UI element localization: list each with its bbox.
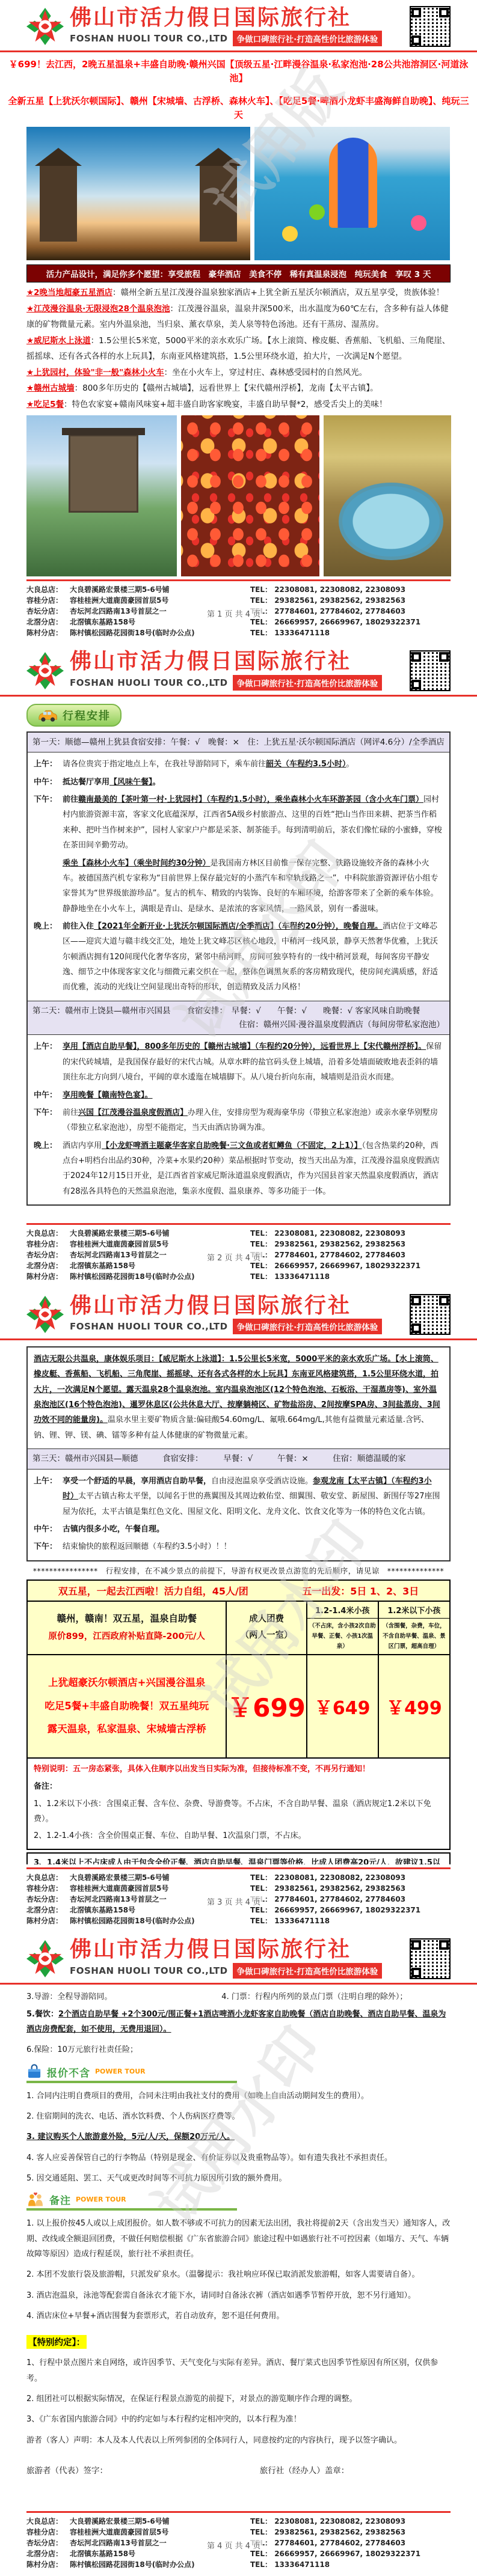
- power-tour-label: POWER TOUR: [76, 2196, 126, 2203]
- price-table: 双五星，一起去江西啦！活力自组，45人/团五一出发：5日 1、2、3日 赣州，赣…: [26, 1579, 451, 1850]
- store-row: 容桂分店：容桂桂洲大道鹿茵豪园首层5号TEL： 29382561, 293825…: [26, 595, 451, 606]
- itinerary-row: 中午：抵达餐厅享用【风味午餐】。: [34, 775, 443, 790]
- agency-title: 佛山市活力假日国际旅行社: [70, 650, 404, 673]
- page-footer: 大良总店：大良碧溪路宏景楼三期5-6号铺TEL： 22308081, 22308…: [0, 1864, 477, 1932]
- exclude-item: 4. 客人应妥善保管自己的行李物品（特别是现金、有价证券以及贵重物品等）。如有遗…: [26, 2150, 451, 2165]
- store-row: 陈村分店：陈村镇松园路花园街18号(临时办公点)TEL： 13336471118: [26, 1271, 451, 1282]
- remarks-section-header: 备注 POWER TOUR: [26, 2192, 237, 2211]
- people-icon: [26, 2193, 45, 2207]
- special-agreement-item: 1、行程中景点图片来自网络，或许因季节、天气变化与实际有差异。酒店、餐厅菜式也因…: [26, 2355, 451, 2386]
- itinerary-row: 下午：结束愉快的旅程返回顺德（车程约3.5小时）！！: [34, 1539, 443, 1554]
- traveler-declaration: 游者（客人）声明：本人及本人代表以上所列参团的全体同行人，同意按约定的内容执行，…: [26, 2433, 451, 2448]
- price-package-desc: 上犹超豪沃尔顿酒店+兴国漫谷温泉 吃足5餐+丰盛自助晚餐！双五星纯玩 露天温泉，…: [28, 1655, 226, 1757]
- itinerary-row: 上午：享受一个舒适的早晨，享用酒店自助早餐，自由浸泡温泉享受酒店设施。参观龙南【…: [34, 1474, 443, 1519]
- store-row: 大良总店：大良碧溪路宏景楼三期5-6号铺TEL： 22308081, 22308…: [26, 1228, 451, 1239]
- exclude-item: 1. 合同内注明自费项目的费用，合同未注明由我社支付的费用（如晚上自由活动期间发…: [26, 2089, 451, 2104]
- agency-logo-icon: [26, 1940, 64, 1977]
- special-agreement-title: 【特别约定】：: [26, 2335, 87, 2349]
- time-label: 上午：: [34, 757, 63, 772]
- agency-title: 佛山市活力假日国际旅行社: [70, 1295, 404, 1317]
- price-col-adult-header: 成人团费 （两人一室）: [226, 1602, 306, 1655]
- itinerary-disclaimer: **************** 行程安排，在不减少景点的前提下，导游有权更改景…: [26, 1565, 451, 1576]
- photo-hotel-garden: [26, 415, 177, 576]
- spa-pool: [339, 483, 443, 561]
- price-kid2: ￥499: [378, 1655, 449, 1757]
- exclude-list: 1. 合同内注明自费项目的费用，合同未注明由我社支付的费用（如晚上自由活动期间发…: [0, 2089, 477, 2187]
- agency-seal-label: 旅行社（经办人）盖章：: [260, 2464, 451, 2476]
- store-row: 容桂分店：容桂桂洲大道鹿茵豪园首层5号TEL： 29382561, 293825…: [26, 1239, 451, 1250]
- time-label: 中午：: [34, 775, 63, 790]
- itinerary-row: 下午：前往兴国【江茂漫谷温泉度假酒店】办理入住，安排房型为观海豪华房（带独立私家…: [34, 1105, 443, 1136]
- itinerary-row: 中午：古镇内很多小吃，午餐自理。: [34, 1522, 443, 1537]
- store-row: 大良总店：大良碧溪路宏景楼三期5-6号铺TEL： 22308081, 22308…: [26, 1872, 451, 1883]
- remarks-title: 备注: [49, 2192, 71, 2207]
- highlight-item: ★吃足5餐：特色农家宴+赣南风味宴+超丰盛自助客家晚宴，丰盛自助早餐*2，感受舌…: [26, 397, 451, 413]
- special-agreement-item: 2. 组团社可以根据实际情况，在保证行程景点游览的前提下，对景点的游览顺序作合理…: [26, 2391, 451, 2407]
- price-special-note: 特别说明：五一房态紧张，具体入住顺序以出发当日实际为准，但接待标准不变，不再另行…: [34, 1762, 443, 1777]
- waterpark-slide: [329, 138, 377, 228]
- price-col-kid1-header: 1.2-1.4米小孩 （不占床，含小孩2次自助早餐、正餐、小孩1次温泉）: [306, 1602, 378, 1655]
- agency-logo-icon: [26, 8, 64, 45]
- qr-code: [410, 1938, 451, 1979]
- hotel-building: [69, 435, 138, 512]
- price-kid1: ￥649: [306, 1655, 378, 1757]
- power-tour-label: POWER TOUR: [95, 2068, 146, 2075]
- photo-spa-pool: [324, 415, 451, 576]
- include-item: 4. 门票：行程内所列的景点门票（注明自理的除外）；: [221, 1990, 451, 2001]
- page-footer: 大良总店：大良碧溪路宏景楼三期5-6号铺TEL： 22308081, 22308…: [0, 1220, 477, 1288]
- agency-slogan: 争做口碑旅行社·打造高性价比旅游体验: [233, 1963, 383, 1979]
- time-label: 下午：: [34, 1539, 63, 1554]
- price-adult: ￥699: [226, 1655, 306, 1757]
- photo-waterpark: [254, 127, 450, 260]
- page-header: 佛山市活力假日国际旅行社 FOSHAN HUOLI TOUR CO.,LTD 争…: [0, 1932, 477, 1985]
- time-label: 晚上：: [34, 1138, 63, 1199]
- car-icon: [37, 708, 58, 722]
- page-2: 试用水印 佛山市活力假日国际旅行社 FOSHAN HUOLI TOUR CO.,…: [0, 644, 477, 1289]
- agency-title-en: FOSHAN HUOLI TOUR CO.,LTD: [70, 1321, 228, 1332]
- qr-code: [410, 1294, 451, 1335]
- agency-title-en: FOSHAN HUOLI TOUR CO.,LTD: [70, 33, 228, 44]
- bag-icon: [26, 2064, 42, 2080]
- agency-slogan: 争做口碑旅行社·打造高性价比旅游体验: [233, 675, 383, 691]
- exclude-item: 3. 建议购买个人旅游意外险，5元/人/天，保额20万元/人。: [26, 2129, 451, 2144]
- remarks-list: 1. 以上报价按45人或以上成团报价。如人数不够或不可抗力的因素无法出团，我社将…: [0, 2216, 477, 2324]
- store-row: 陈村分店：陈村镇松园路花园街18号(临时办公点)TEL： 13336471118: [26, 627, 451, 638]
- time-label: [34, 856, 63, 917]
- time-label: 上午：: [34, 1474, 63, 1519]
- include-items-3-4: 3.导游：全程导游陪同。 4. 门票：行程内所列的景点门票（注明自理的除外）；: [26, 1990, 451, 2001]
- price-remark: 2、1.2-1.4小孩：含全价围桌正餐、车位、自助早餐、1次温泉门票，不占床。: [34, 1828, 443, 1843]
- itinerary-row: 下午：前往赣南最美的【茶叶第一村·上犹园村】（车程约1.5小时），乘坐森林小火车…: [34, 792, 443, 853]
- qr-code: [410, 650, 451, 691]
- price-exclude-section-header: 报价不含 POWER TOUR: [26, 2064, 237, 2083]
- agency-logo-icon: [26, 652, 64, 689]
- photo-row-2: [26, 415, 451, 576]
- day1-header: 第一天：顺德—赣州上犹县食宿安排：午餐：√ 晚餐：× 住：上犹五星·沃尔顿国际酒…: [28, 733, 449, 753]
- special-agreement-item: 3、《广东省国内旅游合同》中的约定如与本行程约定相冲突的，以本行程为准！: [26, 2412, 451, 2427]
- itinerary-row: 晚上：酒店内享用【小龙虾啤酒主题豪华客家自助晚餐·三文鱼或者虹鳟鱼（不固定，2上…: [34, 1138, 443, 1199]
- agency-title: 佛山市活力假日国际旅行社: [70, 7, 404, 29]
- page-1: 试用版 佛山市活力假日国际旅行社 FOSHAN HUOLI TOUR CO.,L…: [0, 0, 477, 644]
- photo-row-1: [26, 127, 451, 260]
- page-header: 佛山市活力假日国际旅行社 FOSHAN HUOLI TOUR CO.,LTD 争…: [0, 0, 477, 52]
- resort-tower: [40, 163, 77, 242]
- itinerary-badge: 行程安排: [26, 704, 122, 727]
- page-header: 佛山市活力假日国际旅行社 FOSHAN HUOLI TOUR CO.,LTD 争…: [0, 644, 477, 697]
- highlight-list: ★2晚当地超豪五星酒店：赣州全新五星江茂漫谷温泉独家酒店+上犹全新五星沃尔顿酒店…: [26, 285, 451, 413]
- itinerary-row: 上午：请各位贵宾于指定地点上车，在我社导游陪同下，乘车前往韶关（车程约3.5小时…: [34, 757, 443, 772]
- photo-lantern-street: [181, 415, 319, 576]
- exclude-item: 2. 住宿期间的洗衣、电话、酒水饮料费、个人伤病医疗费等。: [26, 2109, 451, 2124]
- agency-slogan: 争做口碑旅行社·打造高性价比旅游体验: [233, 1319, 383, 1334]
- highlight-item: ★上犹园村，体验"非一般"森林小火车：坐在小火车上，穿过村庄、森林感受园村的自然…: [26, 365, 451, 381]
- product-design-banner: 活力产品设计，满足你多个愿望：享受旅程 豪华酒店 美食不停 稀有真温泉浸泡 纯玩…: [26, 264, 451, 282]
- include-item: 6.保险：10万元旅行社责任险；: [26, 2042, 451, 2057]
- day2-header: 第二天：赣州市上饶县—赣州市兴国县 食宿安排： 早餐：√ 午餐：√ 晚餐：√ 客…: [28, 1001, 449, 1036]
- resort-tower: [200, 163, 237, 242]
- time-label: 下午：: [34, 792, 63, 853]
- store-row: 陈村分店：陈村镇松园路花园街18号(临时办公点)TEL： 13336471118: [26, 1915, 451, 1926]
- traveler-signature-label: 旅游者（代表）签字：: [26, 2464, 260, 2476]
- highlight-item: ★江茂漫谷温泉·无限浸泡28个温泉泡池：江茂漫谷温泉，温泉井深500米，出水温度…: [26, 302, 451, 333]
- signature-row: 旅游者（代表）签字： 旅行社（经办人）盖章：: [26, 2464, 451, 2476]
- highlight-item: ★赣州古城墙：800多年历史的【赣州古城墙】，远看世界上【宋代赣州浮桥】，龙南【…: [26, 381, 451, 397]
- store-row: 容桂分店：容桂桂洲大道鹿茵豪园首层5号TEL： 29382561, 293825…: [26, 2527, 451, 2538]
- special-agreement-list: 1、行程中景点图片来自网络，或许因季节、天气变化与实际有差异。酒店、餐厅菜式也因…: [0, 2355, 477, 2427]
- store-row: 容桂分店：容桂桂洲大道鹿茵豪园首层5号TEL： 29382561, 293825…: [26, 1883, 451, 1894]
- time-label: 中午：: [34, 1522, 63, 1537]
- price-col1-header: 赣州，赣南！双五星，温泉自助餐 原价899，江西政府补贴直降-200元/人: [28, 1602, 226, 1655]
- itinerary-row: 上午：享用【酒店自助早餐】，800多年历史的【赣州古城墙】（车程约20分钟），远…: [34, 1039, 443, 1085]
- remark-item: 3. 酒店泡温泉，泳池等配套需自备泳衣才能下水，请同时自备泳衣裤（酒店如遇季节暂…: [26, 2288, 451, 2303]
- price-col-kid2-header: 1.2米以下小孩 （含围餐，杂费，车位，不含自助早餐、温泉、景区门票，超高自理）: [378, 1602, 449, 1655]
- include-item: 3.导游：全程导游陪同。: [26, 1990, 221, 2001]
- include-item: 5.餐饮：2个酒店自助早餐 +2个300元/围正餐+1酒店啤酒小龙虾客家自助晚餐…: [26, 2007, 451, 2037]
- itinerary-table: 第一天：顺德—赣州上犹县食宿安排：午餐：√ 晚餐：× 住：上犹五星·沃尔顿国际酒…: [26, 731, 451, 1206]
- page-4: 试用水印 佛山市活力假日国际旅行社 FOSHAN HUOLI TOUR CO.,…: [0, 1932, 477, 2576]
- tour-headline-line2: 全新五星【上犹沃尔顿国际】、赣州【宋城墙、古浮桥、森林火车】、【吃足5餐·啤酒小…: [6, 94, 471, 123]
- itinerary-row: 酒店无限公共温泉，康体娱乐项目：【威尼斯水上泳道】：1.5公里长5米宽，5000…: [34, 1352, 443, 1443]
- agency-slogan: 争做口碑旅行社·打造高性价比旅游体验: [233, 31, 383, 46]
- itinerary-row: 晚上：前往入住【2021年全新开业·上犹沃尔顿国际酒店/全季酒店】（车程约20分…: [34, 919, 443, 995]
- page-3: 试用水印 佛山市活力假日国际旅行社 FOSHAN HUOLI TOUR CO.,…: [0, 1288, 477, 1932]
- day3-header: 第三天：赣州市兴国县—顺德 食宿安排： 早餐：√ 午餐：× 住宿：顺德温暖的家: [28, 1448, 449, 1470]
- time-label: 上午：: [34, 1039, 63, 1085]
- page-number: 第 2 页 共 4 页: [205, 1251, 263, 1263]
- price-title: 双五星，一起去江西啦！活力自组，45人/团五一出发：5日 1、2、3日: [28, 1581, 449, 1602]
- tour-headline-line1: ￥699！去江西，2晚五星温泉+丰盛自助晚·赣州兴国【顶级五星·江畔漫谷温泉·私…: [6, 58, 471, 86]
- page-header: 佛山市活力假日国际旅行社 FOSHAN HUOLI TOUR CO.,LTD 争…: [0, 1288, 477, 1340]
- agency-logo-icon: [26, 1296, 64, 1333]
- page-footer: 大良总店：大良碧溪路宏景楼三期5-6号铺TEL： 22308081, 22308…: [0, 2508, 477, 2576]
- store-row: 大良总店：大良碧溪路宏景楼三期5-6号铺TEL： 22308081, 22308…: [26, 2516, 451, 2527]
- store-row: 陈村分店：陈村镇松园路花园街18号(临时办公点)TEL： 13336471118: [26, 2559, 451, 2570]
- time-label: 下午：: [34, 1105, 63, 1136]
- highlight-item: ★2晚当地超豪五星酒店：赣州全新五星江茂漫谷温泉独家酒店+上犹全新五星沃尔顿酒店…: [26, 285, 451, 301]
- agency-title: 佛山市活力假日国际旅行社: [70, 1938, 404, 1961]
- page-footer: 大良总店：大良碧溪路宏景楼三期5-6号铺TEL： 22308081, 22308…: [0, 576, 477, 644]
- agency-title-en: FOSHAN HUOLI TOUR CO.,LTD: [70, 677, 228, 688]
- page-number: 第 3 页 共 4 页: [205, 1896, 263, 1907]
- store-row: 大良总店：大良碧溪路宏景楼三期5-6号铺TEL： 22308081, 22308…: [26, 584, 451, 595]
- highlight-item: ★威尼斯水上泳道：1.5公里长5米宽，5000平米的亲水欢乐广场。【水上滚筒、橡…: [26, 334, 451, 365]
- qr-code: [410, 6, 451, 47]
- exclude-item: 5. 因交通延阻、罢工、天气或更改时间等不可抗力原因所引致的额外费用。: [26, 2171, 451, 2186]
- price-remark: 1、1.2米以下小孩：含围桌正餐、含车位、杂费、导游费等。不占床，不含自助早餐、…: [34, 1796, 443, 1827]
- page-number: 第 1 页 共 4 页: [205, 608, 263, 619]
- time-label: 晚上：: [34, 919, 63, 995]
- remark-item: 1. 以上报价按45人或以上成团报价。如人数不够或不可抗力的因素无法出团，我社将…: [26, 2216, 451, 2262]
- page-number: 第 4 页 共 4 页: [205, 2539, 263, 2551]
- photo-resort-dusk: [26, 127, 250, 260]
- remark-item: 4. 酒店床位+早餐+酒店围餐为套票形式，若自动放弃，恕不退任何费用。: [26, 2309, 451, 2324]
- itinerary-row: 乘坐【森林小火车】（乘坐时间约30分钟）是我国南方林区目前惟一保存完整、铁路设施…: [34, 856, 443, 917]
- price-remarks-title: 备注：: [34, 1779, 443, 1794]
- itinerary-table-cont: 酒店无限公共温泉，康体娱乐项目：【威尼斯水上泳道】：1.5公里长5米宽，5000…: [26, 1346, 451, 1561]
- remark-item: 2. 本团不发旅行袋及旅游帽，只派发矿泉水。（温馨提示：我社响应环保已取消派发旅…: [26, 2267, 451, 2282]
- agency-title-en: FOSHAN HUOLI TOUR CO.,LTD: [70, 1965, 228, 1976]
- time-label: 中午：: [34, 1088, 63, 1103]
- itinerary-badge-label: 行程安排: [63, 707, 111, 723]
- exclude-title: 报价不含: [47, 2065, 90, 2080]
- itinerary-row: 中午：享用晚餐【赣南特色宴】。: [34, 1088, 443, 1103]
